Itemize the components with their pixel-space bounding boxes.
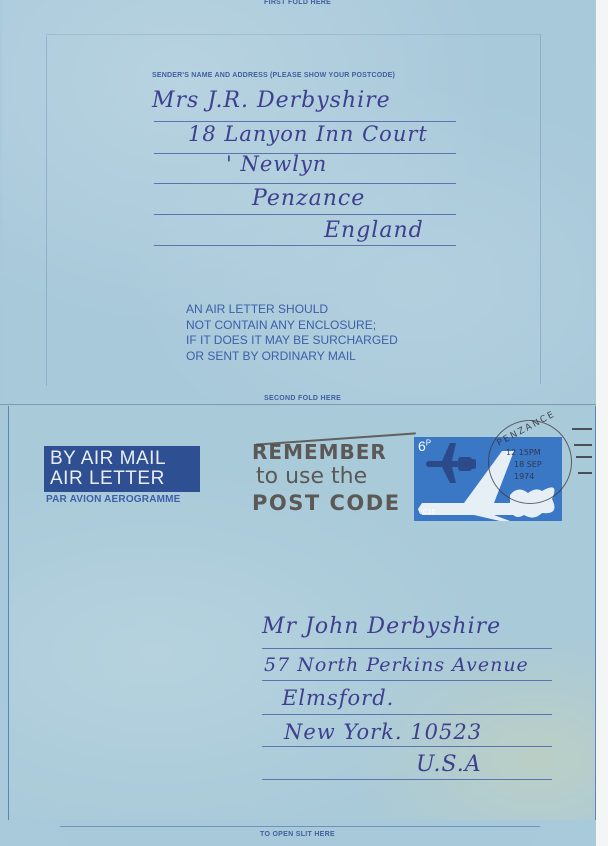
slogan-line-1: REMEMBER [252, 440, 422, 464]
recipient-name: Mr John Derbyshire [262, 614, 501, 639]
by-air-mail-text: BY AIR MAIL [50, 449, 200, 469]
recipient-rule-5 [262, 779, 552, 780]
recipient-street: 57 North Perkins Avenue [264, 654, 529, 676]
left-guide-line [46, 36, 47, 386]
slogan-cancellation: REMEMBER to use the POST CODE [252, 436, 422, 516]
notice-line-3: IF IT DOES IT MAY BE SURCHARGED [186, 333, 398, 349]
sender-street: 18 Lanyon Inn Court [188, 122, 428, 146]
recipient-rule-4 [262, 746, 552, 747]
notice-line-4: OR SENT BY ORDINARY MAIL [186, 349, 398, 365]
cancel-wavy-line-3 [576, 456, 592, 458]
notice-line-1: AN AIR LETTER SHOULD [186, 302, 398, 318]
first-fold-label: FIRST FOLD HERE [264, 0, 331, 6]
postmark-time: 12 15PM [506, 448, 541, 457]
right-guide-line [540, 34, 541, 384]
enclosure-notice: AN AIR LETTER SHOULD NOT CONTAIN ANY ENC… [186, 302, 398, 364]
sender-locality: ' Newlyn [226, 152, 327, 176]
top-guide-line [46, 34, 540, 35]
sender-name: Mrs J.R. Derbyshire [152, 88, 391, 113]
postmark-year: 1974 [514, 472, 534, 481]
recipient-city: Elmsford. [282, 686, 394, 710]
cancel-wavy-line-2 [574, 444, 592, 446]
air-letter-text: AIR LETTER [50, 469, 200, 489]
sender-panel: FIRST FOLD HERE SENDER'S NAME AND ADDRES… [2, 0, 594, 404]
recipient-rule-2 [262, 680, 552, 681]
airmail-label-box: BY AIR MAIL AIR LETTER [44, 446, 200, 492]
second-fold-crease [0, 404, 596, 405]
sender-rule-4 [154, 214, 456, 215]
par-avion-text: PAR AVION AEROGRAMME [46, 494, 181, 505]
cancel-wavy-line-1 [572, 428, 592, 430]
recipient-rule-1 [262, 648, 552, 649]
sender-rule-3 [154, 183, 456, 184]
sender-country: England [324, 218, 424, 243]
slogan-line-3: POST CODE [252, 490, 422, 516]
sender-rule-5 [154, 245, 456, 246]
sender-address-label: SENDER'S NAME AND ADDRESS (PLEASE SHOW Y… [152, 72, 395, 79]
slit-line [60, 826, 540, 827]
recipient-state-zip: New York. 10523 [284, 720, 482, 744]
notice-line-2: NOT CONTAIN ANY ENCLOSURE; [186, 318, 398, 334]
postmark-date: 18 SEP [514, 460, 542, 469]
open-slit-label: TO OPEN SLIT HERE [260, 831, 335, 838]
cancel-wavy-line-4 [578, 472, 592, 474]
aerogramme-sheet: FIRST FOLD HERE SENDER'S NAME AND ADDRES… [0, 0, 596, 846]
recipient-rule-3 [262, 714, 552, 715]
sender-town: Penzance [252, 186, 365, 211]
slogan-line-2: to use the [252, 464, 422, 490]
recipient-country: U.S.A [416, 752, 482, 777]
second-fold-label: SECOND FOLD HERE [264, 395, 341, 402]
stamp-aircraft-label: VC10 [418, 509, 436, 516]
